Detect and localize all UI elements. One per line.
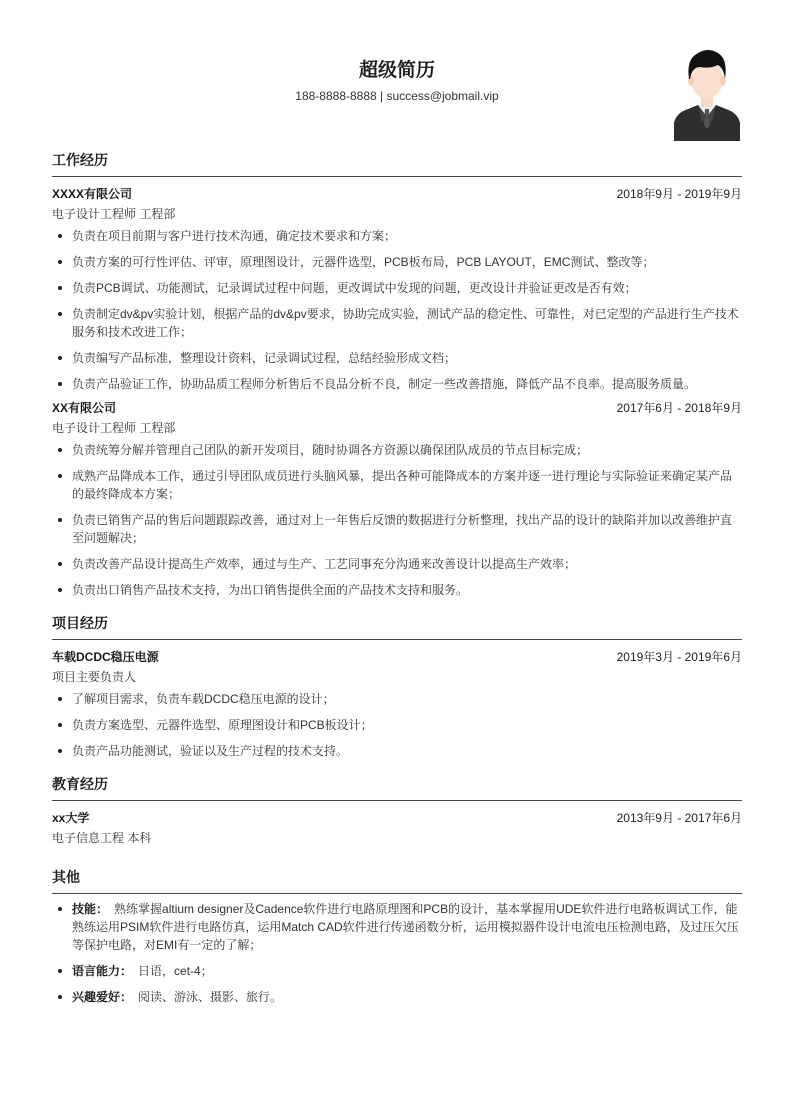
item-text: 日语，cet-4；: [138, 964, 213, 978]
project-role: 项目主要负责人: [52, 666, 742, 688]
resume-page: 超级简历 188-8888-8888 | success@jobmail.vip…: [52, 0, 742, 1014]
list-item: 负责统筹分解并管理自己团队的新开发项目，随时协调各方资源以确保团队成员的节点目标…: [52, 441, 742, 459]
list-item: 负责PCB调试、功能测试，记录调试过程中问题，更改调试中发现的问题，更改设计并验…: [52, 279, 742, 297]
date-range: 2013年9月 - 2017年6月: [617, 809, 742, 826]
job-role: 电子设计工程师 工程部: [52, 203, 742, 225]
list-item: 负责方案选型、元器件选型、原理图设计和PCB板设计；: [52, 716, 742, 734]
list-item: 负责已销售产品的售后问题跟踪改善，通过对上一年售后反馈的数据进行分析整理，找出产…: [52, 511, 742, 547]
list-item: 负责产品功能测试，验证以及生产过程的技术支持。: [52, 742, 742, 760]
company-name: XX有限公司: [52, 399, 116, 416]
item-label: 技能：: [72, 902, 108, 916]
section-title: 其他: [52, 867, 742, 894]
bullet-list: 负责在项目前期与客户进行技术沟通，确定技术要求和方案； 负责方案的可行性评估、评…: [52, 227, 742, 393]
major-degree: 电子信息工程 本科: [52, 827, 742, 849]
project-name: 车载DCDC稳压电源: [52, 648, 159, 665]
section-title: 项目经历: [52, 613, 742, 640]
list-item: 负责出口销售产品技术支持，为出口销售提供全面的产品技术支持和服务。: [52, 581, 742, 599]
person-avatar-icon: [672, 45, 742, 141]
work-entry: XXXX有限公司 2018年9月 - 2019年9月 电子设计工程师 工程部 负…: [52, 183, 742, 393]
job-role: 电子设计工程师 工程部: [52, 417, 742, 439]
bullet-list: 技能：熟练掌握altium designer及Cadence软件进行电路原理图和…: [52, 900, 742, 1006]
school-name: xx大学: [52, 809, 89, 826]
list-item: 了解项目需求，负责车载DCDC稳压电源的设计；: [52, 690, 742, 708]
list-item: 负责编写产品标准，整理设计资料，记录调试过程，总结经验形成文档；: [52, 349, 742, 367]
list-item: 成熟产品降成本工作，通过引导团队成员进行头脑风暴，提出各种可能降成本的方案并逐一…: [52, 467, 742, 503]
item-text: 熟练掌握altium designer及Cadence软件进行电路原理图和PCB…: [72, 902, 739, 952]
date-range: 2017年6月 - 2018年9月: [617, 399, 742, 416]
list-item: 负责改善产品设计提高生产效率，通过与生产、工艺同事充分沟通来改善设计以提高生产效…: [52, 555, 742, 573]
date-range: 2018年9月 - 2019年9月: [617, 185, 742, 202]
list-item: 负责制定dv&pv实验计划，根据产品的dv&pv要求，协助完成实验，测试产品的稳…: [52, 305, 742, 341]
work-entry: XX有限公司 2017年6月 - 2018年9月 电子设计工程师 工程部 负责统…: [52, 397, 742, 599]
work-experience-section: 工作经历 XXXX有限公司 2018年9月 - 2019年9月 电子设计工程师 …: [52, 150, 742, 599]
education-entry: xx大学 2013年9月 - 2017年6月 电子信息工程 本科: [52, 807, 742, 849]
item-label: 兴趣爱好：: [72, 990, 132, 1004]
skills-item: 技能：熟练掌握altium designer及Cadence软件进行电路原理图和…: [52, 900, 742, 954]
candidate-name: 超级简历: [52, 55, 742, 82]
section-title: 教育经历: [52, 774, 742, 801]
education-section: 教育经历 xx大学 2013年9月 - 2017年6月 电子信息工程 本科: [52, 774, 742, 849]
list-item: 负责方案的可行性评估、评审，原理图设计，元器件选型，PCB板布局，PCB LAY…: [52, 253, 742, 271]
item-label: 语言能力：: [72, 964, 132, 978]
project-entry: 车载DCDC稳压电源 2019年3月 - 2019年6月 项目主要负责人 了解项…: [52, 646, 742, 760]
bullet-list: 了解项目需求，负责车载DCDC稳压电源的设计； 负责方案选型、元器件选型、原理图…: [52, 690, 742, 760]
date-range: 2019年3月 - 2019年6月: [617, 648, 742, 665]
list-item: 负责在项目前期与客户进行技术沟通，确定技术要求和方案；: [52, 227, 742, 245]
company-name: XXXX有限公司: [52, 185, 132, 202]
section-title: 工作经历: [52, 150, 742, 177]
language-item: 语言能力：日语，cet-4；: [52, 962, 742, 980]
bullet-list: 负责统筹分解并管理自己团队的新开发项目，随时协调各方资源以确保团队成员的节点目标…: [52, 441, 742, 599]
list-item: 负责产品验证工作，协助品质工程师分析售后不良品分析不良，制定一些改善措施，降低产…: [52, 375, 742, 393]
resume-header: 超级简历 188-8888-8888 | success@jobmail.vip: [52, 0, 742, 150]
contact-info: 188-8888-8888 | success@jobmail.vip: [52, 89, 742, 103]
item-text: 阅读、游泳、摄影、旅行。: [138, 990, 282, 1004]
hobbies-item: 兴趣爱好：阅读、游泳、摄影、旅行。: [52, 988, 742, 1006]
project-experience-section: 项目经历 车载DCDC稳压电源 2019年3月 - 2019年6月 项目主要负责…: [52, 613, 742, 760]
other-section: 其他 技能：熟练掌握altium designer及Cadence软件进行电路原…: [52, 867, 742, 1006]
